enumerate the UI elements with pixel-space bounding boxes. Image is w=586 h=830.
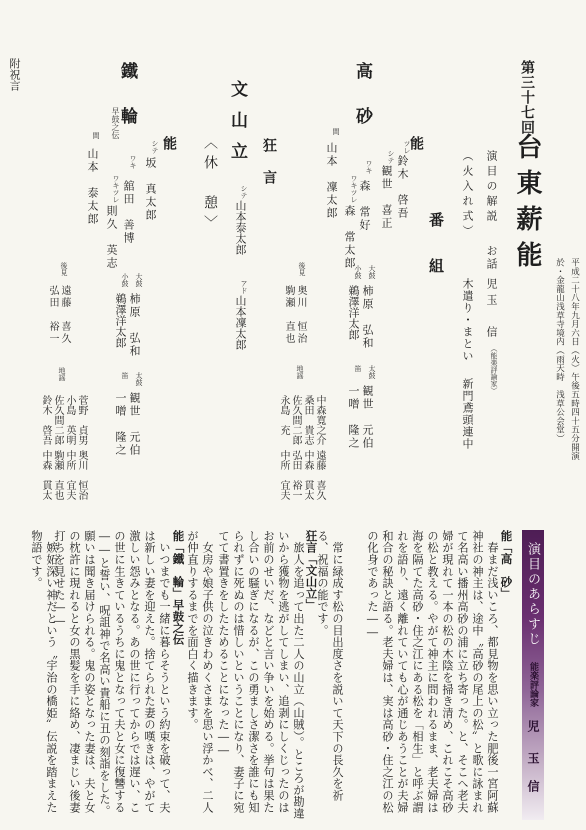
- musician-name: 観世 元伯: [362, 385, 373, 450]
- jiutai-name: 弘田 裕一: [290, 450, 300, 500]
- koken-name: 奥川 恒治: [295, 285, 305, 345]
- fire-ceremony: （火入れ式）: [462, 150, 473, 240]
- cast-name: 森 常好: [359, 180, 370, 232]
- cast-name: 山本凜太郎: [235, 295, 246, 350]
- role-label: 間: [332, 128, 339, 135]
- koken-label: 後見: [298, 262, 305, 276]
- role-label: ワキ: [129, 155, 136, 169]
- cast-name: 山本泰太郎: [235, 200, 246, 255]
- role-label: ツレ: [403, 140, 410, 154]
- speaker-title: （能楽評論家）: [490, 345, 497, 394]
- role-label: 大鼓: [135, 273, 142, 287]
- koken-name: 弘田 裕一: [47, 285, 57, 345]
- role-label: 小鼓: [121, 273, 128, 287]
- play-title-takasago: 高砂: [353, 62, 370, 152]
- synopsis-text-takasago: 春まだ浅いころ、都見物を思い立った肥後一宮阿蘇神社の神主は、途中〝高砂の尾上の松…: [330, 530, 500, 820]
- play-title-bunyamadachi: 文山立: [228, 80, 245, 173]
- genre-noh-2: 能: [162, 136, 176, 150]
- kiyari-label: 木遣り・まとい: [462, 278, 473, 362]
- jiutai-name: 小島 英明: [64, 395, 74, 445]
- program-label: 番 組: [428, 212, 443, 281]
- musician-name: 柿原 弘和: [129, 293, 140, 358]
- role-label: 間: [92, 132, 99, 139]
- role-label: 大鼓: [368, 265, 375, 279]
- commentary-label: 演目の解説: [486, 150, 497, 225]
- synopsis-author-title: 能楽評論家: [528, 662, 537, 707]
- cast-name: 鈴木 啓吾: [397, 155, 408, 220]
- kiyari-group: 新門鳶頭連中: [462, 378, 473, 450]
- role-label: シテ: [387, 150, 394, 164]
- role-label: 太鼓: [368, 365, 375, 379]
- musician-name: 柿原 弘和: [362, 285, 373, 350]
- musician-name: 鵜澤洋太郎: [115, 293, 126, 348]
- genre-kyogen: 狂言: [262, 138, 276, 202]
- synopsis-band-title: 演目のあらすじ: [526, 542, 539, 647]
- role-label: 笛: [121, 372, 128, 379]
- jiutai-name: 永島 充: [278, 395, 288, 435]
- event-date: 平成二十八年九月六日（火）午後五時四十五分開演: [570, 258, 579, 460]
- synopsis-text-takasago-2: 常に緑成す松の目出度さを説いて天下の長久を祈る、祝福の能です。: [315, 530, 345, 820]
- jiutai-name: 中所 宜夫: [278, 450, 288, 500]
- synopsis-band: 演目のあらすじ 能楽評論家 児 玉 信: [522, 530, 544, 820]
- role-label: ワキ: [365, 160, 372, 174]
- cast-name: 観世 喜正: [381, 165, 392, 230]
- koken-name: 遠藤 喜久: [59, 285, 69, 345]
- synopsis-heading-takasago: 能「高 砂」: [500, 530, 512, 599]
- role-label: シテ: [240, 185, 247, 199]
- jiutai-name: 中森寬之介: [314, 395, 324, 445]
- synopsis-text-kanawa: いつまでも一緒に暮らそうという約束を破って、夫は新しい妻を迎えた。捨てられた妻の…: [58, 530, 172, 820]
- event-venue: 於・金龍山浅草寺境内（雨天時 浅草公会堂）: [555, 258, 564, 443]
- jiutai-name: 佐久間二郎: [52, 395, 62, 445]
- role-label: 太鼓: [135, 372, 142, 386]
- page-title: 台東薪能: [514, 133, 540, 277]
- jiutai-name: 中所 宜夫: [64, 450, 74, 500]
- play-subtitle: 早鼓之伝: [111, 107, 119, 139]
- role-label: 小鼓: [354, 265, 361, 279]
- jiutai-label: 地謡: [58, 367, 65, 381]
- koken-name: 駒瀬 直也: [283, 285, 293, 345]
- speaker-name: 児玉 信: [486, 278, 497, 342]
- koken-label: 後見: [60, 262, 67, 276]
- role-label: シテ: [151, 140, 158, 154]
- jiutai-name: 鈴木 啓吾: [40, 395, 50, 445]
- jiutai-name: 桑田 貴志: [302, 395, 312, 445]
- synopsis-heading-bunyamadachi: 狂言「文山立」: [305, 530, 317, 611]
- role-label: アド: [240, 280, 247, 294]
- jiutai-name: 遠藤 喜久: [314, 450, 324, 500]
- jiutai-label: 地謡: [296, 365, 303, 379]
- role-label: ワキツレ: [112, 175, 119, 203]
- jiutai-name: 中森 貫太: [40, 450, 50, 500]
- synopsis-author-name: 児 玉: [527, 720, 539, 768]
- jiutai-name: 奥川 恒治: [76, 450, 86, 500]
- talk-label: お話: [486, 245, 497, 271]
- role-label: 笛: [354, 365, 361, 372]
- synopsis-text-kanawa-2: 嫉妬深い神だという〝宇治の橋姫〟伝説を踏まえた物語です。: [25, 530, 59, 820]
- cast-name: 坂 真太郎: [145, 157, 156, 222]
- synopsis-text-bunyamadachi-2: 女房や娘子供の泣きわめくさまを思い浮かべ、二人が仲直りするまでを面白く描きます。: [185, 530, 215, 820]
- musician-name: 一噌 隆之: [348, 385, 359, 450]
- edition-number: 第三十七回: [520, 60, 534, 135]
- musician-name: 一噌 隆之: [115, 392, 126, 457]
- cast-name: 舘田 善博: [123, 180, 134, 245]
- cast-name: 則久 英志: [106, 205, 117, 270]
- synopsis-heading-kanawa: 能「鐵 輪」早鼓之伝: [172, 530, 184, 645]
- cast-name: 森 常太郎: [344, 205, 355, 270]
- musician-name: 鵜澤洋太郎: [348, 285, 359, 340]
- play-title-kanawa: 鐵輪: [118, 62, 135, 152]
- jiutai-name: 駒瀬 直也: [52, 450, 62, 500]
- jiutai-name: 菅野 貞男: [76, 395, 86, 445]
- role-label: ワキツレ: [350, 175, 357, 203]
- jiutai-name: 中森 貫太: [302, 450, 312, 500]
- intermission-label: 〈休 憩〉: [203, 135, 217, 235]
- synopsis-author-name2: 信: [527, 780, 539, 792]
- synopsis-text-bunyamadachi: 旅人を追って出た二人の山立（山賊）。ところが勘違いから獲物を逃がしてしまい、追剥…: [214, 530, 306, 820]
- cast-name: 山本 泰太郎: [87, 148, 98, 226]
- musician-name: 観世 元伯: [129, 392, 140, 457]
- genre-noh-1: 能: [409, 136, 423, 150]
- cast-name: 山本 凜太郎: [326, 142, 337, 220]
- jiutai-name: 佐久間二郎: [290, 395, 300, 445]
- closing-label: 附祝言: [9, 58, 20, 91]
